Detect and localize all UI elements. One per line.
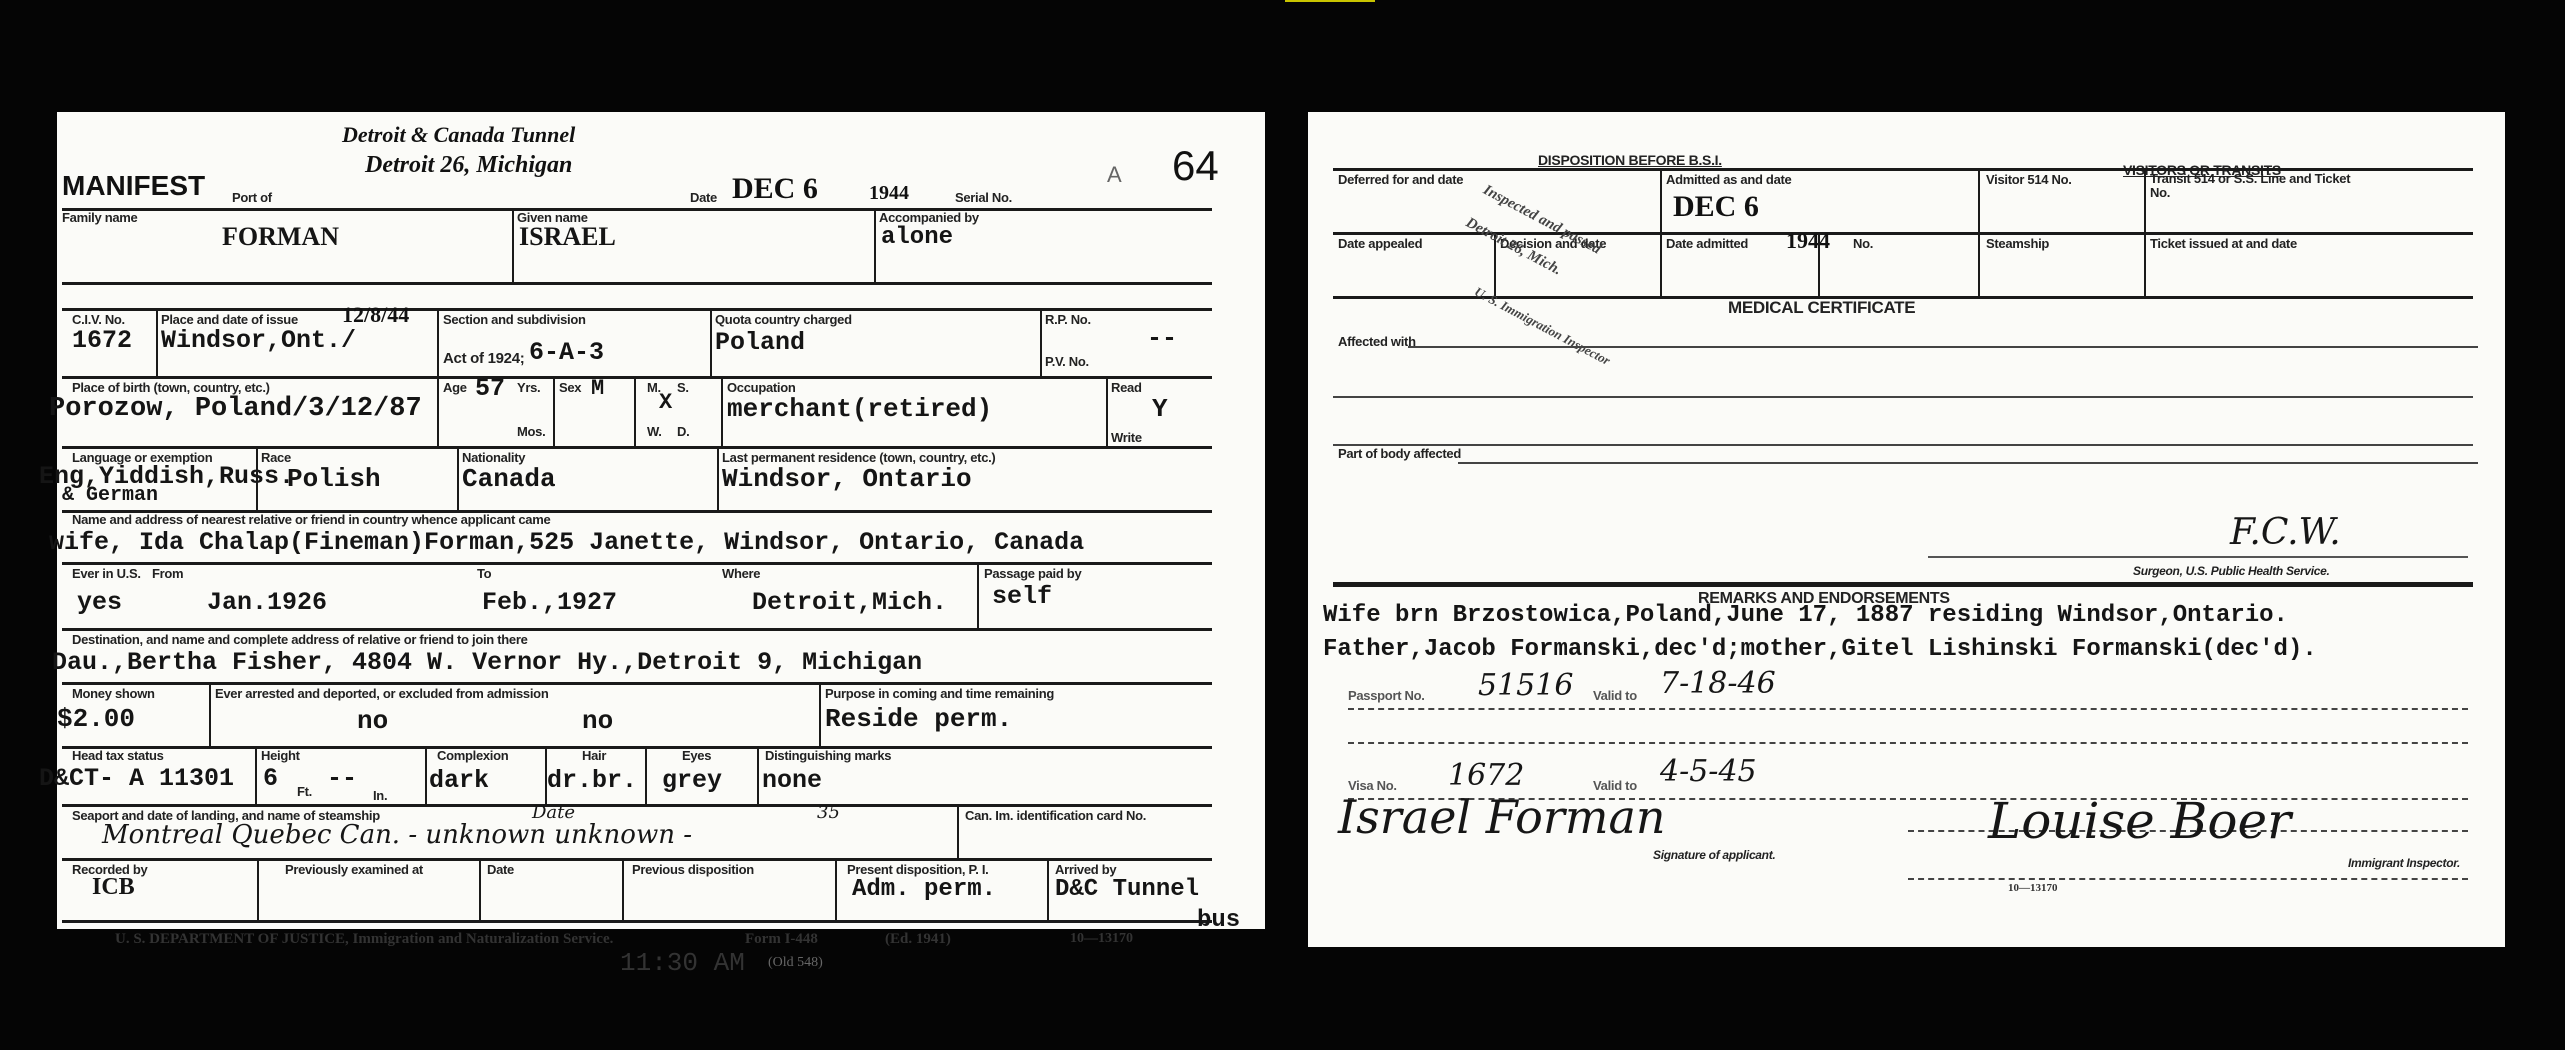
medical-title: MEDICAL CERTIFICATE [1728, 298, 1915, 318]
passport-label: Passport No. [1348, 688, 1425, 703]
race-label: Race [261, 450, 291, 465]
manifest-card-front: MANIFEST Port of Detroit & Canada Tunnel… [57, 112, 1265, 929]
arrested-label: Ever arrested and deported, or excluded … [215, 686, 548, 701]
to-value: Feb.,1927 [482, 588, 617, 617]
quota-label: Quota country charged [715, 312, 852, 327]
nationality-value: Canada [462, 464, 556, 494]
disposition-title: DISPOSITION BEFORE B.S.I. [1538, 152, 1722, 168]
to-label: To [477, 566, 491, 581]
occupation-value: merchant(retired) [727, 394, 992, 424]
head-tax-label: Head tax status [72, 748, 164, 763]
marital-s: S. [677, 380, 689, 395]
destination-label: Destination, and name and complete addre… [72, 632, 528, 647]
footer-edition: (Ed. 1941) [885, 931, 951, 948]
language-value-line2: & German [62, 484, 158, 507]
time-stamp: 11:30 AM [620, 948, 745, 978]
place-issue-label: Place and date of issue [161, 312, 298, 327]
ft-label: Ft. [297, 784, 312, 799]
inspector-signature: Louise Boer [1988, 792, 2291, 850]
marital-value: X [659, 390, 672, 415]
footer-old-form: (Old 548) [768, 955, 823, 971]
money-value: $2.00 [57, 704, 135, 734]
admitted-date-stamp: DEC 6 [1673, 190, 1759, 224]
accompanied-value: alone [881, 224, 953, 251]
destination-value: Dau.,Bertha Fisher, 4804 W. Vernor Hy.,D… [52, 648, 922, 677]
inspector-label: Immigrant Inspector. [2348, 856, 2460, 870]
seaport-year-note: 35 [817, 802, 840, 823]
marital-w: W. [647, 424, 662, 439]
section-value: 6-A-3 [529, 338, 604, 367]
seaport-date-note: Date [532, 802, 575, 823]
date-appealed-label: Date appealed [1338, 236, 1422, 251]
place-issue: Windsor,Ont./ [161, 326, 356, 355]
civ-label: C.I.V. No. [72, 312, 125, 327]
money-label: Money shown [72, 686, 155, 701]
inspection-stamp: Inspected and passed Detroit 26, Mich. U… [1436, 182, 1657, 369]
accompanied-label: Accompanied by [879, 210, 979, 225]
read-value: Y [1152, 394, 1168, 424]
affected-label: Affected with [1338, 334, 1416, 349]
arrested-value: no [357, 706, 388, 736]
port-label: Port of [232, 190, 272, 205]
ever-us-value: yes [77, 588, 122, 617]
visitor-label: Visitor 514 No. [1986, 172, 2072, 187]
ticket-label: Ticket issued at and date [2150, 236, 2297, 251]
arrived-extra: bus [1197, 907, 1240, 934]
steamship-label: Steamship [1986, 236, 2049, 251]
remarks-line2: Father,Jacob Formanski,dec'd;mother,Gite… [1323, 636, 2317, 663]
yrs-label: Yrs. [517, 380, 540, 395]
relative-value: wife, Ida Chalap(Fineman)Forman,525 Jane… [49, 528, 1084, 557]
family-name: FORMAN [222, 222, 339, 252]
issue-date: 12/8/44 [342, 302, 409, 328]
remarks-line1: Wife brn Brzostowica,Poland,June 17, 188… [1323, 602, 2288, 629]
age-label: Age [443, 380, 467, 395]
canadian-id-label: Can. Im. identification card No. [965, 808, 1146, 823]
date-admitted-label: Date admitted [1666, 236, 1748, 251]
sex-label: Sex [559, 380, 581, 395]
complexion-label: Complexion [437, 748, 508, 763]
purpose-value: Reside perm. [825, 704, 1012, 734]
hair-label: Hair [582, 748, 606, 763]
height-label: Height [261, 748, 300, 763]
where-label: Where [722, 566, 760, 581]
section-label: Section and subdivision [443, 312, 586, 327]
footer-code: 10—13170 [1070, 931, 1133, 947]
footer-form: Form I-448 [745, 931, 818, 948]
read-label: Read [1111, 380, 1142, 395]
mos-label: Mos. [517, 424, 545, 439]
year-stamp: 1944 [869, 182, 909, 205]
surgeon-initials: F.C.W. [2230, 512, 2341, 553]
passport-valid: 7-18-46 [1660, 666, 1776, 701]
passage-label: Passage paid by [984, 566, 1081, 581]
footer-agency: U. S. DEPARTMENT OF JUSTICE, Immigration… [115, 931, 613, 948]
port-stamp-line1: Detroit & Canada Tunnel [342, 122, 575, 148]
last-residence-label: Last permanent residence (town, country,… [722, 450, 995, 465]
head-tax-value: D&CT- A 11301 [39, 764, 234, 793]
back-form-code: 10—13170 [2008, 882, 2058, 894]
year-stamp-back: 1944 [1786, 228, 1830, 254]
prev-exam-label: Previously examined at [285, 862, 423, 877]
applicant-signature: Israel Forman [1338, 790, 1666, 844]
surgeon-label: Surgeon, U.S. Public Health Service. [2133, 564, 2330, 578]
nationality-label: Nationality [462, 450, 525, 465]
last-residence-value: Windsor, Ontario [722, 464, 972, 494]
height-in: -- [327, 764, 357, 793]
purpose-label: Purpose in coming and time remaining [825, 686, 1054, 701]
visa-number: 1672 [1448, 758, 1524, 793]
quota-value: Poland [715, 328, 805, 357]
birth-value: Porozow, Poland/3/12/87 [49, 394, 422, 424]
prev-disp-label: Previous disposition [632, 862, 754, 877]
marital-d: D. [677, 424, 689, 439]
given-name: ISRAEL [519, 222, 616, 252]
marks-label: Distinguishing marks [765, 748, 891, 763]
transit-label: Transit 514 or S.S. Line and Ticket No. [2150, 172, 2360, 200]
occupation-label: Occupation [727, 380, 796, 395]
present-disp-value: Adm. perm. [852, 876, 996, 903]
eyes-value: grey [662, 766, 722, 795]
recorded-value: ICB [92, 874, 135, 901]
where-value: Detroit,Mich. [752, 588, 947, 617]
from-value: Jan.1926 [207, 588, 327, 617]
serial-number: 64 [1172, 142, 1219, 190]
age-value: 57 [475, 374, 505, 403]
eyes-label: Eyes [682, 748, 711, 763]
rp-value: -- [1147, 324, 1177, 353]
date-stamp: DEC 6 [732, 172, 818, 206]
deferred-label: Deferred for and date [1338, 172, 1463, 187]
section-prefix: Act of 1924; [443, 350, 524, 367]
visa-valid: 4-5-45 [1660, 754, 1757, 789]
manifest-title: MANIFEST [62, 170, 205, 202]
seaport-value: Montreal Quebec Can. - unknown unknown - [102, 820, 692, 850]
manifest-card-back: DISPOSITION BEFORE B.S.I. VISITORS OR TR… [1308, 112, 2505, 947]
hair-value: dr.br. [547, 766, 637, 795]
body-affected-label: Part of body affected [1338, 446, 1461, 461]
ever-us-label: Ever in U.S. [72, 566, 141, 581]
write-label: Write [1111, 430, 1142, 445]
complexion-value: dark [429, 766, 489, 795]
in-label: In. [373, 788, 387, 803]
date-col-label: Date [487, 862, 514, 877]
port-stamp-line2: Detroit 26, Michigan [365, 152, 572, 179]
date-label: Date [690, 190, 717, 205]
passage-value: self [992, 582, 1052, 611]
race-value: Polish [287, 464, 381, 494]
marks-value: none [762, 766, 822, 795]
serial-prefix: A [1107, 162, 1122, 188]
birth-label: Place of birth (town, country, etc.) [72, 380, 270, 395]
excluded-value: no [582, 706, 613, 736]
passport-number: 51516 [1478, 668, 1573, 703]
family-name-label: Family name [62, 210, 137, 225]
arrived-label: Arrived by [1055, 862, 1116, 877]
present-disp-label: Present disposition, P. I. [847, 862, 989, 877]
rp-label: R.P. No. [1045, 312, 1091, 327]
from-label: From [152, 566, 183, 581]
pv-label: P.V. No. [1045, 354, 1089, 369]
applicant-signature-label: Signature of applicant. [1653, 848, 1775, 862]
sex-value: M [591, 376, 604, 401]
civ-number: 1672 [72, 326, 132, 355]
relative-label: Name and address of nearest relative or … [72, 512, 550, 527]
passport-valid-label: Valid to [1593, 688, 1637, 703]
arrived-value: D&C Tunnel [1055, 876, 1199, 903]
scan-artifact [1285, 0, 1375, 2]
height-ft: 6 [263, 764, 278, 793]
no-label: No. [1853, 236, 1873, 251]
admitted-label: Admitted as and date [1666, 172, 1791, 187]
serial-label: Serial No. [955, 190, 1012, 205]
